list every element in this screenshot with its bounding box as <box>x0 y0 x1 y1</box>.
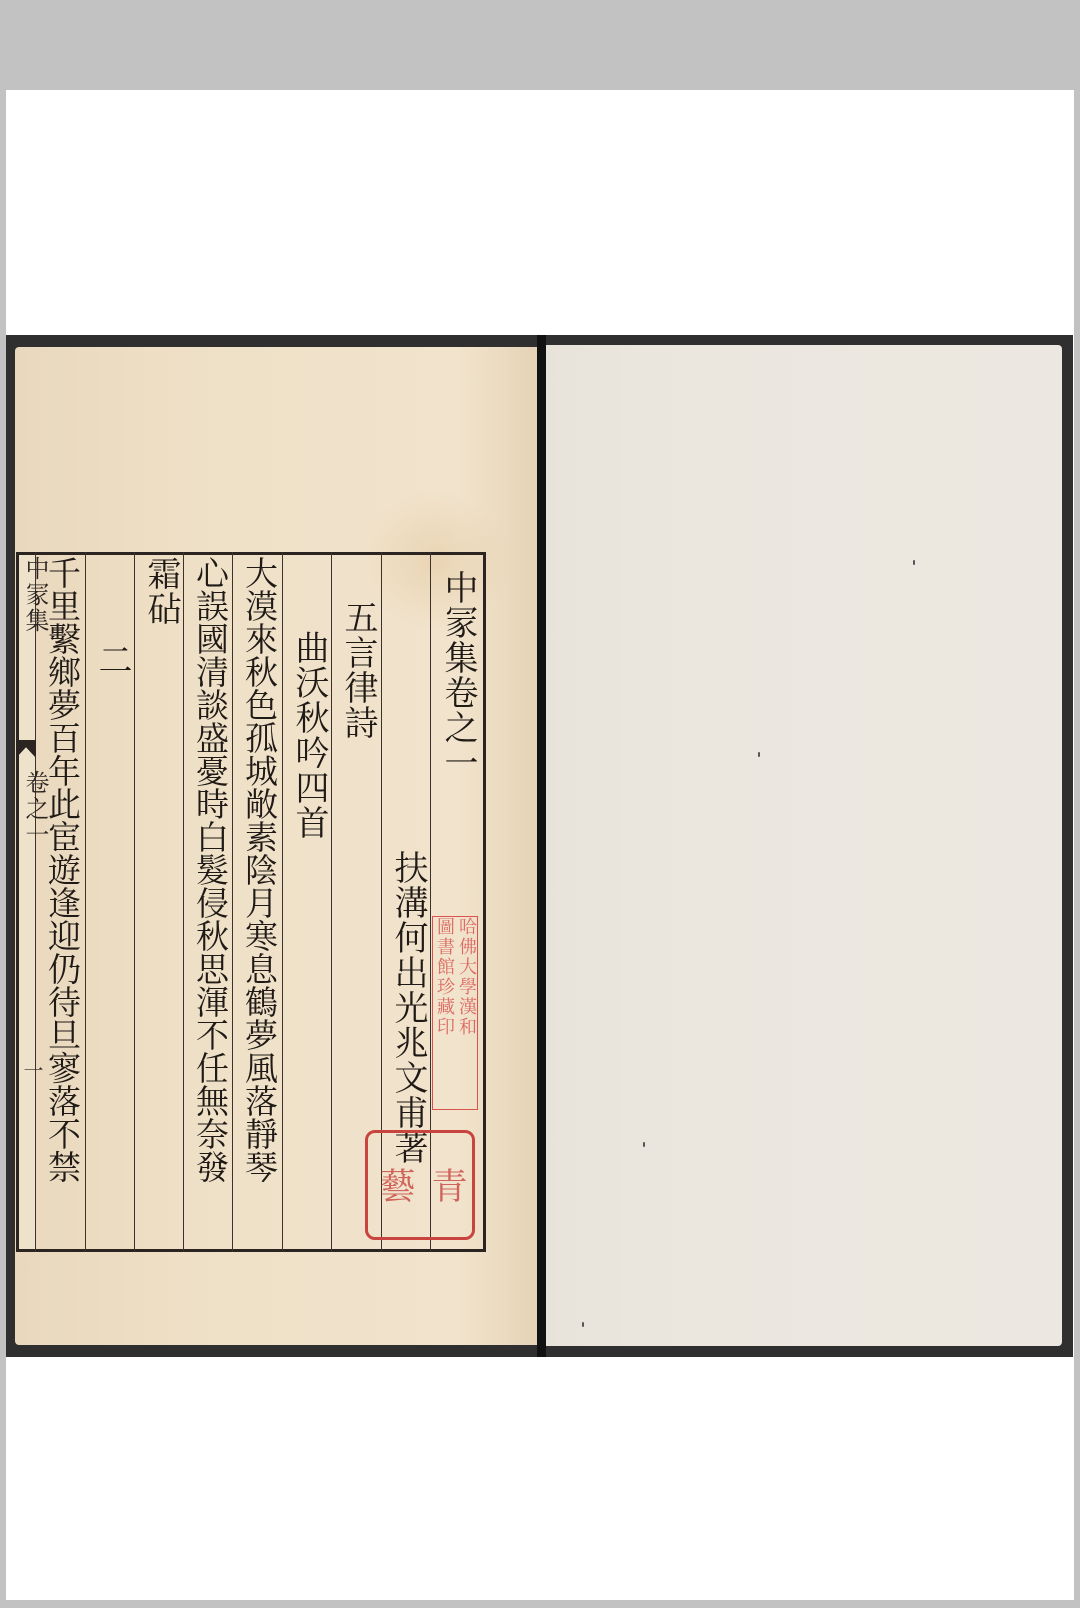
poem-line-4: 千里繫鄉夢百年此宦遊逢迎仍待旦寥落不禁 <box>40 556 84 1183</box>
library-seal: 哈佛大學漢和 圖書館珍藏印 <box>432 916 478 1110</box>
author-line: 扶溝何出光兆文甫著 <box>386 850 430 1165</box>
poem-line-2: 心誤國清談盛憂時白髮侵秋思渾不任無奈發 <box>188 556 232 1183</box>
column-rule <box>282 552 283 1252</box>
seal-text: 青 <box>426 1167 466 1203</box>
owner-seal: 青 藝 <box>365 1130 475 1240</box>
column-rule <box>134 552 135 1252</box>
seal-text: 圖書館珍藏印 <box>434 917 454 1109</box>
seal-text: 哈佛大學漢和 <box>456 917 476 1109</box>
poem-line-1: 大漠來秋色孤城敞素陰月寒息鶴夢風落靜琴 <box>237 556 281 1183</box>
paper-speck <box>582 1322 584 1327</box>
volume-title: 中冡集卷之一 <box>436 570 480 780</box>
column-rule <box>232 552 233 1252</box>
poem-line-3: 霜砧 <box>139 556 183 626</box>
column-rule <box>183 552 184 1252</box>
column-rule <box>35 552 36 1252</box>
poem-title: 曲沃秋吟四首 <box>287 630 331 840</box>
genre-heading: 五言律詩 <box>336 600 380 740</box>
right-page-blank <box>540 345 1062 1346</box>
poem-number: 二 <box>90 642 134 677</box>
paper-speck <box>758 752 760 757</box>
book-gutter <box>537 335 546 1357</box>
column-rule <box>331 552 332 1252</box>
seal-text: 藝 <box>374 1167 414 1203</box>
column-rule <box>85 552 86 1252</box>
paper-speck <box>913 560 915 565</box>
frame-left-rule <box>16 552 19 1252</box>
paper-speck <box>643 1142 645 1147</box>
